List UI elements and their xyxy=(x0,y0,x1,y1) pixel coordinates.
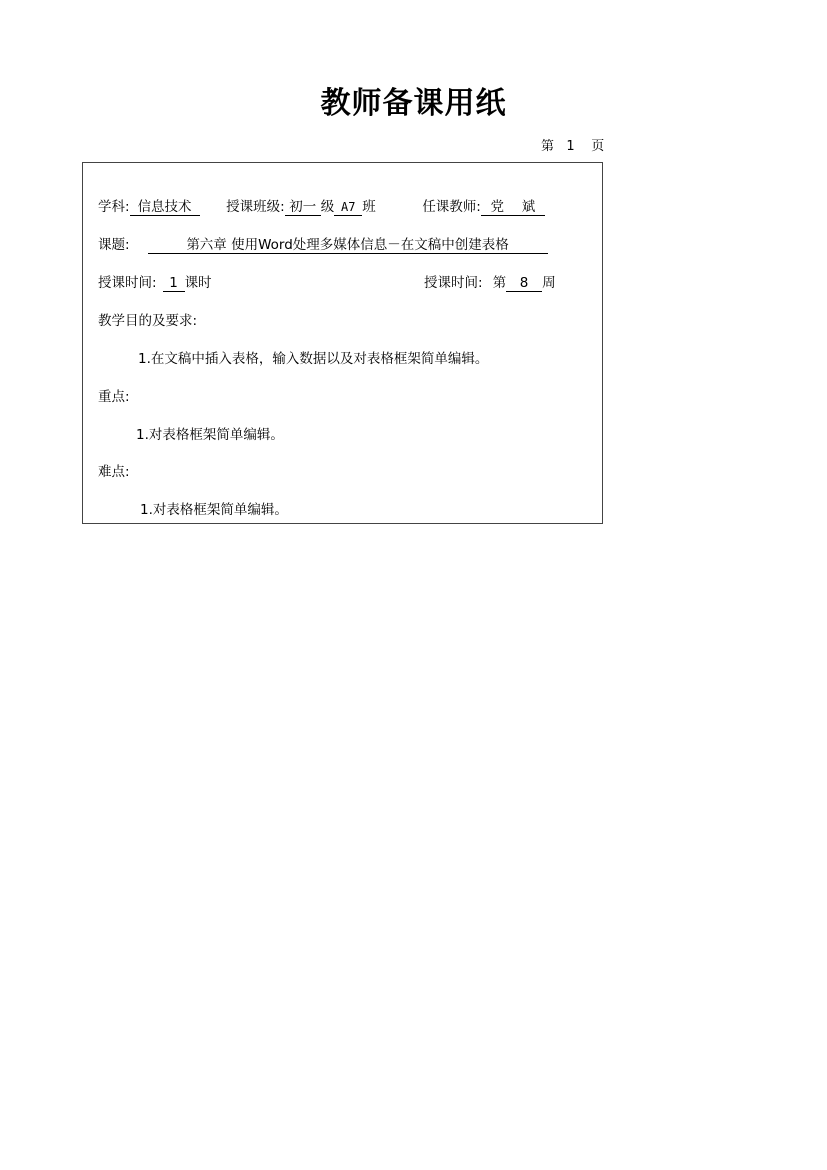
week-row: 授课时间:第8周 xyxy=(424,271,556,292)
week-field[interactable]: 8 xyxy=(506,276,542,292)
page-number-value: 1 xyxy=(566,139,574,154)
hours-field[interactable]: 1 xyxy=(163,276,185,292)
grade-field[interactable]: 初一 xyxy=(285,200,321,216)
teacher-label: 任课教师: xyxy=(422,199,481,215)
hours-suffix: 课时 xyxy=(185,275,212,291)
key-points-label: 重点: xyxy=(98,385,130,405)
class-label: 授课班级: xyxy=(226,199,285,215)
topic-label: 课题: xyxy=(98,237,130,253)
difficulties-label: 难点: xyxy=(98,460,130,480)
title-text: 教师备课用纸 xyxy=(321,86,507,121)
hours-row: 授课时间:1课时 xyxy=(98,271,212,292)
grade-suffix: 级 xyxy=(321,199,335,215)
lesson-plan-box: 学科:信息技术 授课班级:初一级A7班 任课教师:党 斌 课题:第六章 使用Wo… xyxy=(82,162,603,524)
page-number: 第 1 页 xyxy=(541,135,604,154)
week-suffix: 周 xyxy=(542,275,556,291)
week-label: 授课时间: xyxy=(424,275,483,291)
subject-label: 学科: xyxy=(98,199,130,215)
class-field[interactable]: A7 xyxy=(334,200,362,216)
teacher-field[interactable]: 党 斌 xyxy=(481,200,545,216)
topic-row: 课题:第六章 使用Word处理多媒体信息－在文稿中创建表格 xyxy=(98,233,548,254)
document-title: 教师备课用纸 xyxy=(0,78,827,122)
key-points-item: 1.对表格框架简单编辑。 xyxy=(136,423,284,443)
week-prefix: 第 xyxy=(493,275,507,291)
subject-row: 学科:信息技术 授课班级:初一级A7班 任课教师:党 斌 xyxy=(98,195,545,216)
page-suffix: 页 xyxy=(591,139,604,154)
hours-label: 授课时间: xyxy=(98,275,157,291)
subject-field[interactable]: 信息技术 xyxy=(130,200,200,216)
objectives-item: 1.在文稿中插入表格，输入数据以及对表格框架简单编辑。 xyxy=(138,347,488,367)
class-suffix: 班 xyxy=(362,199,376,215)
objectives-label: 教学目的及要求: xyxy=(98,309,197,329)
difficulties-item: 1.对表格框架简单编辑。 xyxy=(140,498,288,518)
page-prefix: 第 xyxy=(541,139,554,154)
topic-field[interactable]: 第六章 使用Word处理多媒体信息－在文稿中创建表格 xyxy=(148,238,548,254)
